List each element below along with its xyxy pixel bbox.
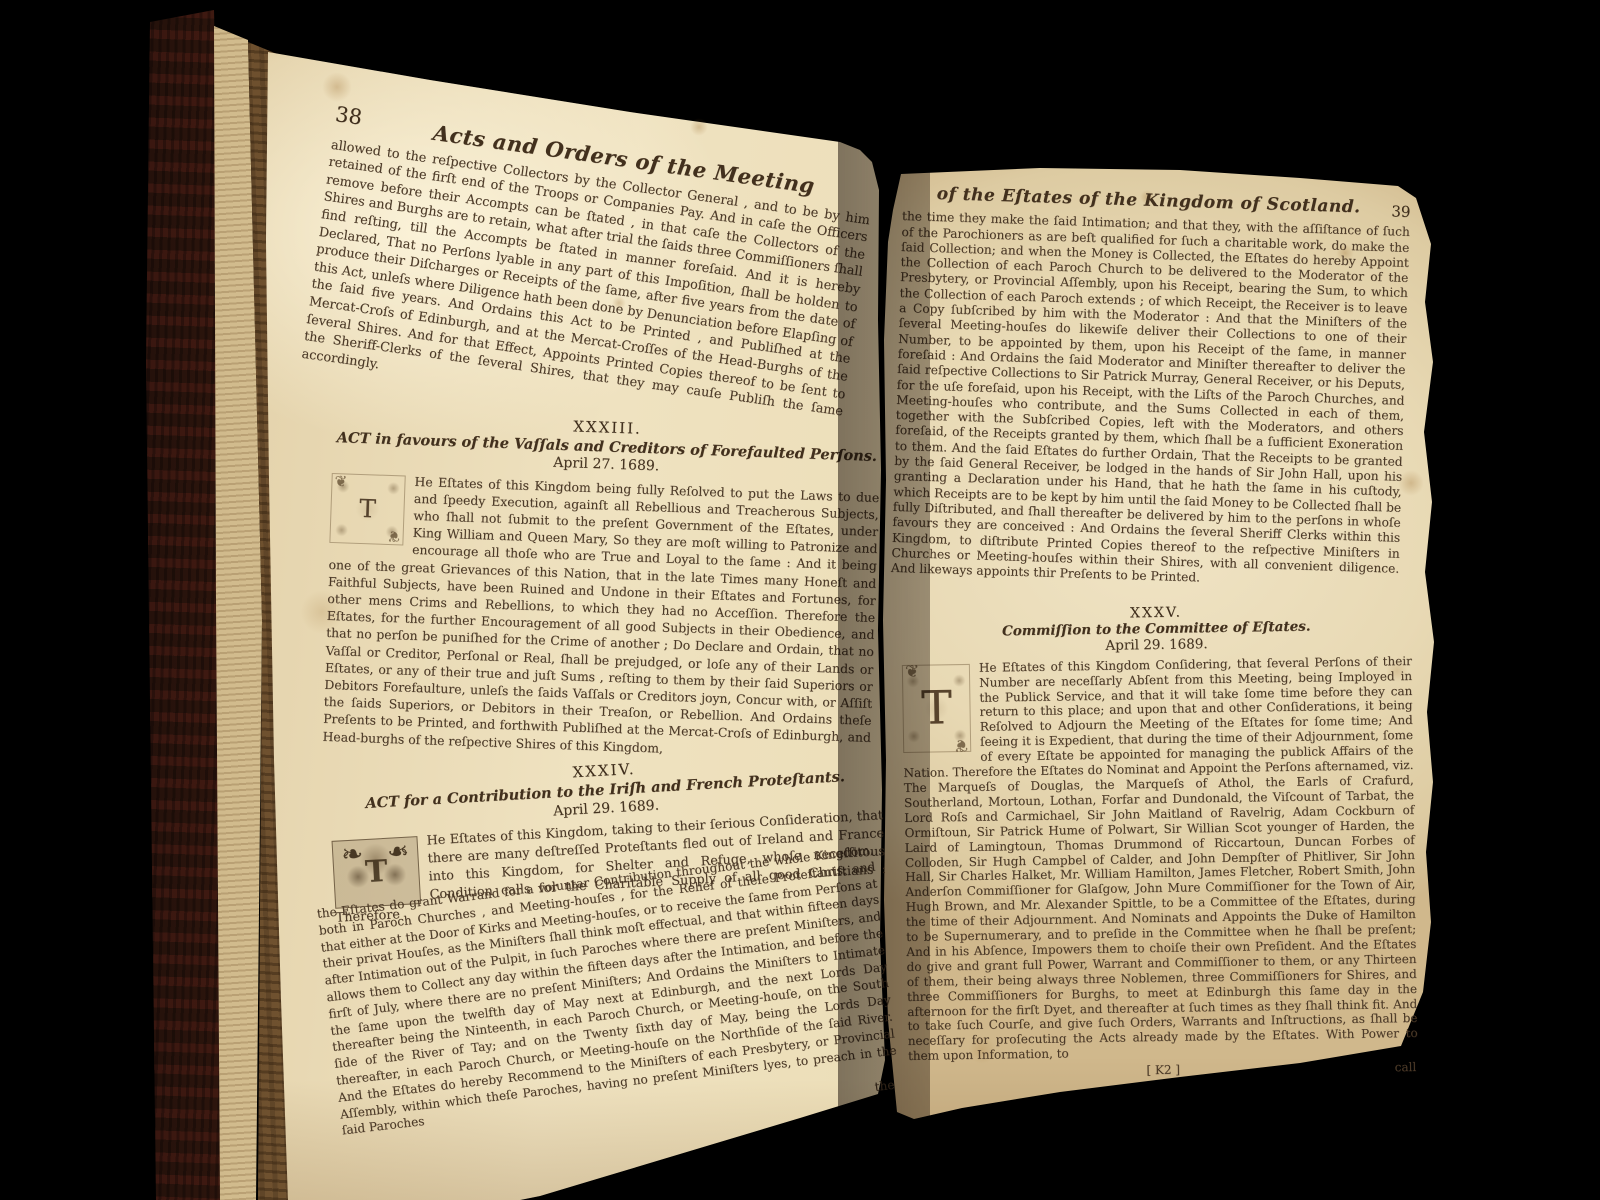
right-page-text-top: 39 of the Eſtates of the Kingdom of Scot… [891, 186, 1411, 592]
ornamental-initial-icon: T [902, 664, 971, 753]
section-body-text: He Eſtates of this Kingdom Conſidering, … [903, 654, 1417, 1064]
section-body: THe Eſtates of this Kingdom being fully … [322, 470, 879, 764]
signature-mark: [ K2 ] [1146, 1063, 1180, 1078]
section-body: THe Eſtates of this Kingdom Conſidering,… [902, 654, 1418, 1064]
section-body-text: He Eſtates of this Kingdom being fully R… [322, 473, 879, 755]
right-page-number: 39 [1391, 204, 1411, 220]
left-page-number: 38 [334, 106, 363, 127]
right-page-section-xxxv: XXXV. Commiſſion to the Committee of Eſt… [901, 602, 1418, 1082]
left-page-section-xxxiii: XXXIII. ACT in favours of the Vaſſals an… [322, 410, 881, 764]
ornamental-initial-icon: T [329, 473, 405, 546]
right-continuation-paragraph: the time they make the ſaid Intimation; … [891, 209, 1410, 592]
catchword: call [1395, 1060, 1417, 1075]
book-photo: 38 Acts and Orders of the Meeting allowe… [0, 0, 1600, 1200]
